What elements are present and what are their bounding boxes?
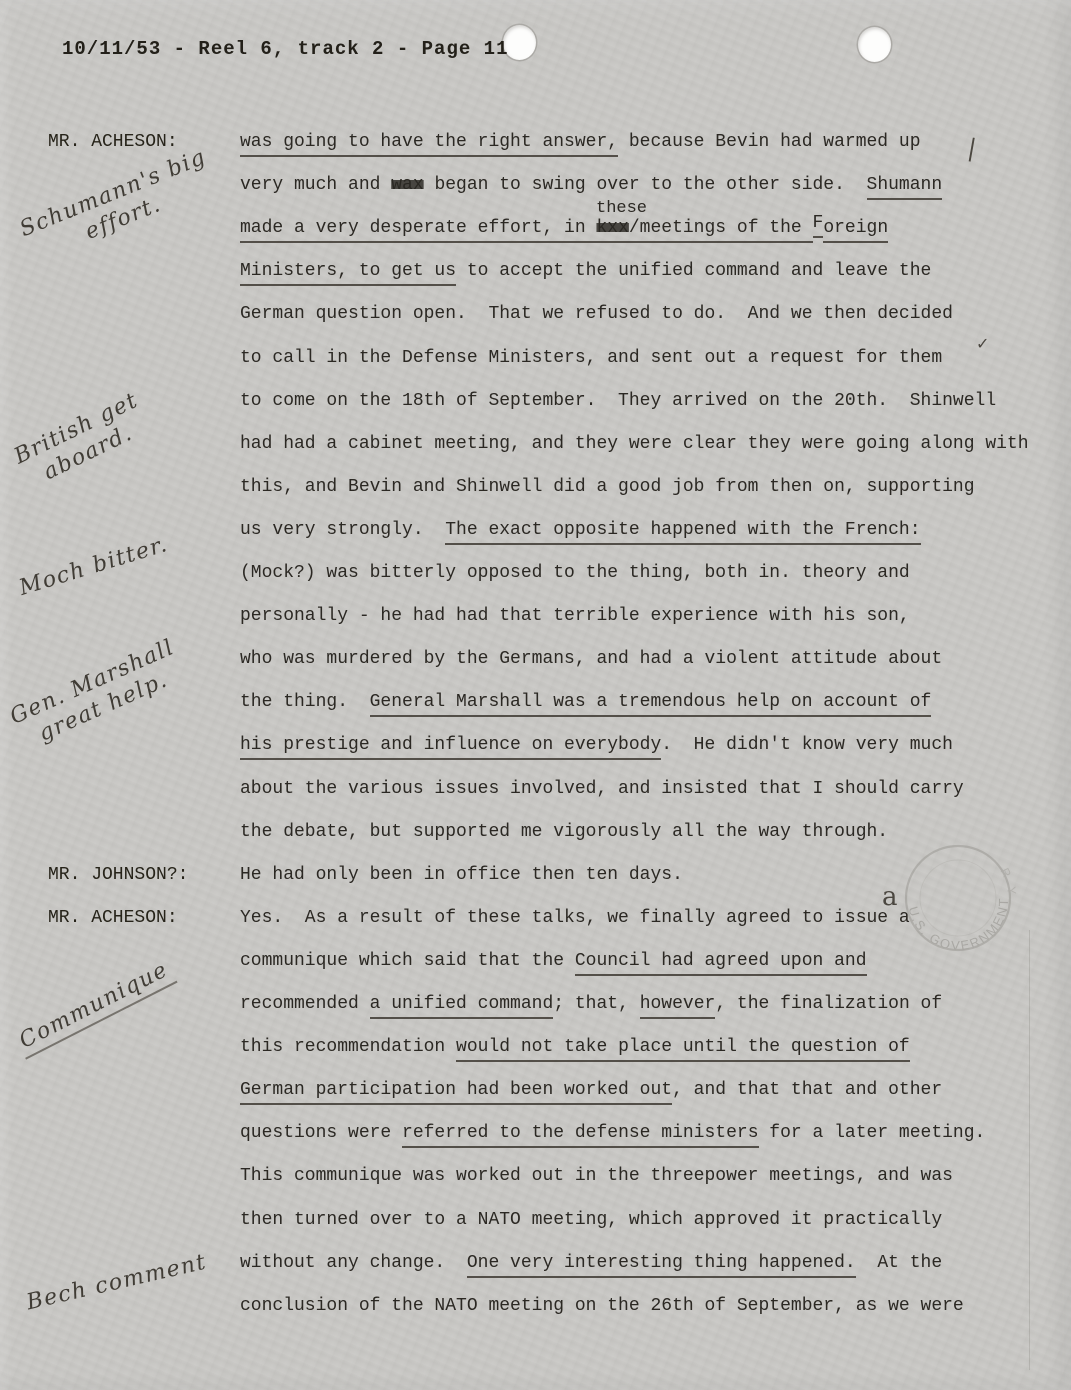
text-segment: had had a cabinet meeting, and they were… xyxy=(240,434,1029,454)
transcript-line: this, and Bevin and Shinwell did a good … xyxy=(0,475,1071,501)
punch-hole-right xyxy=(858,27,891,62)
transcript-line: German participation had been worked out… xyxy=(0,1078,1071,1104)
line-text: without any change. One very interesting… xyxy=(240,1251,942,1275)
transcript-line: (Mock?) was bitterly opposed to the thin… xyxy=(0,561,1071,587)
line-text: his prestige and influence on everybody.… xyxy=(240,733,953,757)
transcript-line: thesemade a very desperate effort, in kx… xyxy=(0,216,1071,242)
transcript-line: questions were referred to the defense m… xyxy=(0,1121,1071,1147)
text-segment: who was murdered by the Germans, and had… xyxy=(240,649,942,669)
transcript-line: had had a cabinet meeting, and they were… xyxy=(0,432,1071,458)
transcript-line: to come on the 18th of September. They a… xyxy=(0,389,1071,415)
text-segment: the thing. xyxy=(240,692,370,712)
line-text: Yes. As a result of these talks, we fina… xyxy=(240,906,910,930)
speaker-label: MR. ACHESON: xyxy=(48,130,178,154)
speaker-label: MR. JOHNSON?: xyxy=(48,863,188,887)
underlined-text: One very interesting thing happened. xyxy=(467,1253,856,1278)
text-segment: without any change. xyxy=(240,1253,467,1273)
transcript-line: MR. ACHESON:was going to have the right … xyxy=(0,130,1071,156)
text-segment: recommended xyxy=(240,994,370,1014)
text-segment: the debate, but supported me vigorously … xyxy=(240,822,888,842)
pencil-mark: ✓ xyxy=(976,334,989,353)
text-segment: At the xyxy=(856,1253,942,1273)
line-text: Ministers, to get us to accept the unifi… xyxy=(240,259,931,283)
page-header: 10/11/53 - Reel 6, track 2 - Page 11 xyxy=(62,38,508,60)
underlined-text: Shumann xyxy=(867,175,943,200)
margin-note: Schumann's bigeffort. xyxy=(16,144,220,268)
transcript-line: German question open. That we refused to… xyxy=(0,302,1071,328)
transcript-line: Ministers, to get us to accept the unifi… xyxy=(0,259,1071,285)
text-segment: to accept the unified command and leave … xyxy=(456,261,931,281)
underlined-text: Council had agreed upon and xyxy=(575,951,867,976)
line-text: recommended a unified command; that, how… xyxy=(240,992,942,1016)
underlined-text: Ministers, to get us xyxy=(240,261,456,286)
line-text: questions were referred to the defense m… xyxy=(240,1121,985,1145)
underlined-text: /meetings of the xyxy=(629,218,813,243)
underlined-text: F xyxy=(813,213,824,238)
text-segment: for a later meeting. xyxy=(759,1123,986,1143)
text-segment: personally - he had had that terrible ex… xyxy=(240,606,910,626)
speaker-label: MR. ACHESON: xyxy=(48,906,178,930)
underlined-text: his prestige and influence on everybody xyxy=(240,735,661,760)
underlined-text: a unified command xyxy=(370,994,554,1019)
line-text: then turned over to a NATO meeting, whic… xyxy=(240,1208,942,1232)
line-text: very much and wax began to swing over to… xyxy=(240,173,942,197)
line-text: this, and Bevin and Shinwell did a good … xyxy=(240,475,975,499)
text-segment: very much and xyxy=(240,175,391,195)
line-text: to come on the 18th of September. They a… xyxy=(240,389,996,413)
line-text: This communique was worked out in the th… xyxy=(240,1164,953,1188)
struck-text: kxx xyxy=(596,218,628,243)
underlined-text: General Marshall was a tremendous help o… xyxy=(370,692,932,717)
transcript-line: his prestige and influence on everybody.… xyxy=(0,733,1071,759)
underlined-text: German participation had been worked out xyxy=(240,1080,672,1105)
text-segment: . He didn't know very much xyxy=(661,735,953,755)
underlined-text: referred to the defense ministers xyxy=(402,1123,758,1148)
paper-crease xyxy=(1029,930,1030,1370)
text-segment: to call in the Defense Ministers, and se… xyxy=(240,348,942,368)
line-text: who was murdered by the Germans, and had… xyxy=(240,647,942,671)
underlined-text: oreign xyxy=(823,218,888,243)
text-segment: conclusion of the NATO meeting on the 26… xyxy=(240,1296,964,1316)
text-segment: , the finalization of xyxy=(715,994,942,1014)
text-segment: questions were xyxy=(240,1123,402,1143)
line-text: to call in the Defense Ministers, and se… xyxy=(240,346,942,370)
line-text: this recommendation would not take place… xyxy=(240,1035,910,1059)
text-segment: ; that, xyxy=(553,994,639,1014)
line-text: us very strongly. The exact opposite hap… xyxy=(240,518,921,542)
text-segment: communique which said that the xyxy=(240,951,575,971)
underlined-text: would not take place until the question … xyxy=(456,1037,910,1062)
text-segment: Yes. As a result of these talks, we fina… xyxy=(240,908,910,928)
struck-text: wax xyxy=(391,175,423,195)
transcript-line: personally - he had had that terrible ex… xyxy=(0,604,1071,630)
line-text: communique which said that the Council h… xyxy=(240,949,867,973)
line-text: had had a cabinet meeting, and they were… xyxy=(240,432,1029,456)
underlined-text: made a very desperate effort, in xyxy=(240,218,596,243)
transcript-line: recommended a unified command; that, how… xyxy=(0,992,1071,1018)
line-text: German participation had been worked out… xyxy=(240,1078,942,1102)
transcript-line: about the various issues involved, and i… xyxy=(0,777,1071,803)
text-segment: , and that that and other xyxy=(672,1080,942,1100)
text-segment: us very strongly. xyxy=(240,520,445,540)
government-stamp: U.S. GOVERNMENT R Y xyxy=(886,828,1031,973)
line-text: German question open. That we refused to… xyxy=(240,302,953,326)
text-segment: this recommendation xyxy=(240,1037,456,1057)
text-segment: (Mock?) was bitterly opposed to the thin… xyxy=(240,563,910,583)
text-segment: This communique was worked out in the th… xyxy=(240,1166,953,1186)
text-segment: this, and Bevin and Shinwell did a good … xyxy=(240,477,975,497)
svg-text:R Y: R Y xyxy=(998,866,1020,899)
text-segment: He had only been in office then ten days… xyxy=(240,865,683,885)
document-page: 10/11/53 - Reel 6, track 2 - Page 11 MR.… xyxy=(0,0,1071,1390)
line-text: conclusion of the NATO meeting on the 26… xyxy=(240,1294,964,1318)
text-segment: about the various issues involved, and i… xyxy=(240,779,964,799)
line-text: about the various issues involved, and i… xyxy=(240,777,964,801)
line-text: the thing. General Marshall was a tremen… xyxy=(240,690,931,714)
line-text: was going to have the right answer, beca… xyxy=(240,130,921,154)
underlined-text: was going to have the right answer, xyxy=(240,132,618,157)
line-text: the debate, but supported me vigorously … xyxy=(240,820,888,844)
line-text: He had only been in office then ten days… xyxy=(240,863,683,887)
transcript-line: this recommendation would not take place… xyxy=(0,1035,1071,1061)
line-text: (Mock?) was bitterly opposed to the thin… xyxy=(240,561,910,585)
text-segment: to come on the 18th of September. They a… xyxy=(240,391,996,411)
transcript-line: This communique was worked out in the th… xyxy=(0,1164,1071,1190)
line-text: personally - he had had that terrible ex… xyxy=(240,604,910,628)
line-text: made a very desperate effort, in kxx/mee… xyxy=(240,216,888,240)
transcript-line: then turned over to a NATO meeting, whic… xyxy=(0,1208,1071,1234)
transcript-line: conclusion of the NATO meeting on the 26… xyxy=(0,1294,1071,1320)
text-segment: German question open. That we refused to… xyxy=(240,304,953,324)
text-segment: because Bevin had warmed up xyxy=(618,132,920,152)
transcript-line: to call in the Defense Ministers, and se… xyxy=(0,346,1071,372)
underlined-text: however xyxy=(640,994,716,1019)
text-segment: then turned over to a NATO meeting, whic… xyxy=(240,1210,942,1230)
underlined-text: The exact opposite happened with the Fre… xyxy=(445,520,920,545)
text-segment: began to swing over to the other side. xyxy=(424,175,867,195)
